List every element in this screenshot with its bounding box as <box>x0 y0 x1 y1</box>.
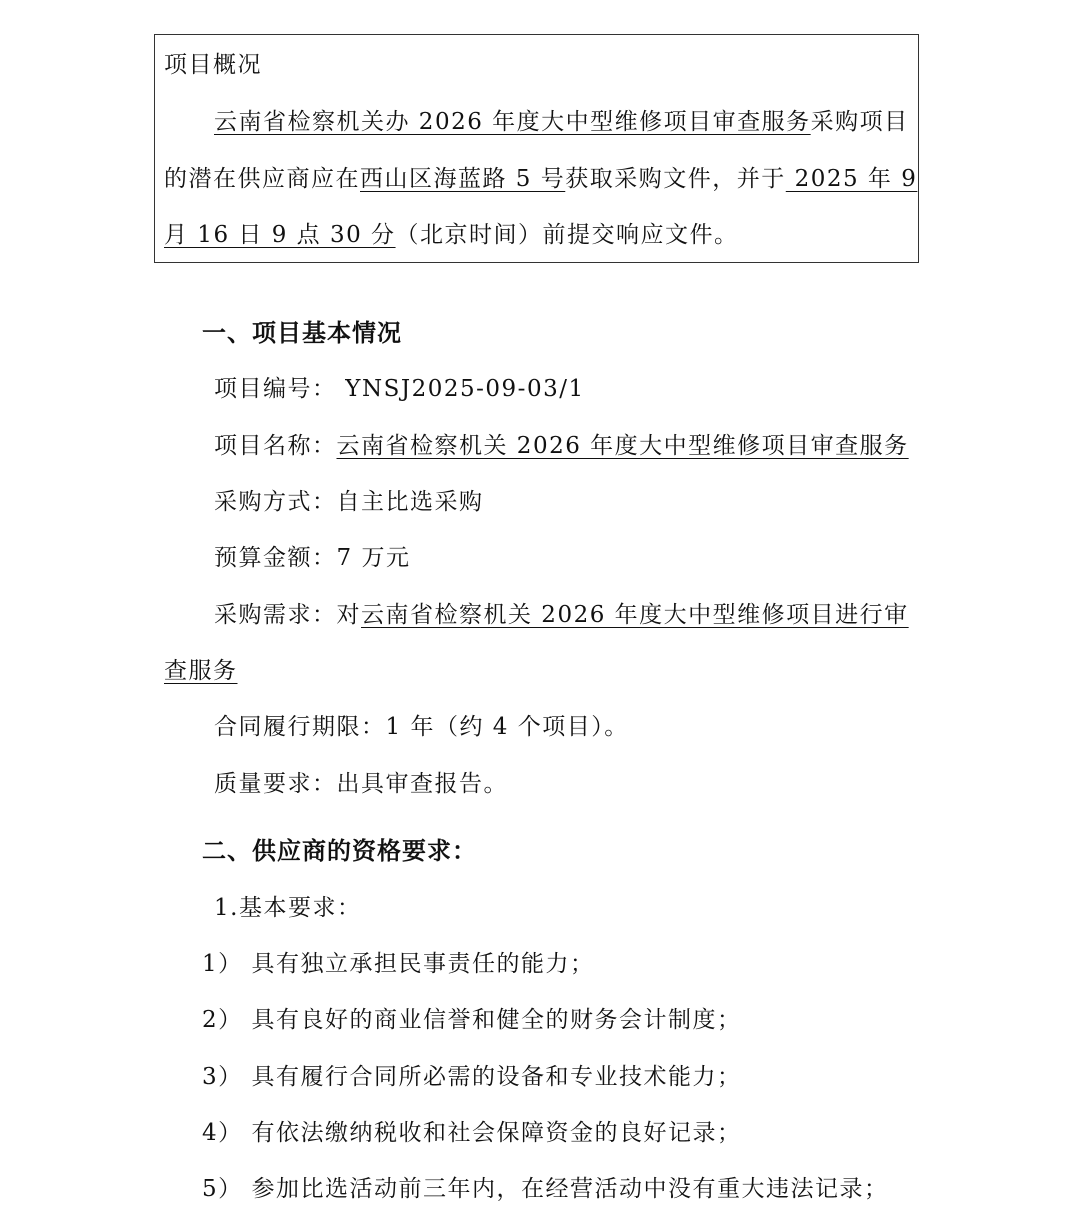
contract-term-row: 合同履行期限：1 年（约 4 个项目）。 <box>214 712 629 742</box>
quality-label: 质量要求： <box>214 771 337 797</box>
requirement-value: 云南省检察机关 2026 年度大中型维修项目进行审 <box>361 602 909 628</box>
deadline-date-part1: 2025 年 9 <box>786 166 918 192</box>
project-name-label: 项目名称： <box>214 433 337 459</box>
overview-line-3: 月 16 日 9 点 30 分（北京时间）前提交响应文件。 <box>164 220 739 250</box>
quality-row: 质量要求：出具审查报告。 <box>214 769 508 799</box>
contract-term-label: 合同履行期限： <box>214 714 386 740</box>
requirement-prefix: 对 <box>337 602 362 628</box>
project-title-underlined: 云南省检察机关办 2026 年度大中型维修项目审查服务 <box>214 109 811 135</box>
budget-value: 7 万元 <box>337 545 411 571</box>
qualification-item-1: 1） 具有独立承担民事责任的能力； <box>202 949 594 979</box>
overview-title: 项目概况 <box>164 50 262 80</box>
section-1-heading: 一、项目基本情况 <box>202 318 402 348</box>
qualification-item-2: 2） 具有良好的商业信誉和健全的财务会计制度； <box>202 1005 741 1035</box>
project-name-row: 项目名称：云南省检察机关 2026 年度大中型维修项目审查服务 <box>214 431 909 461</box>
pickup-address: 西山区海蓝路 5 号 <box>360 166 565 192</box>
requirement-row-cont: 查服务 <box>164 656 238 686</box>
overview-line-3-tail: （北京时间）前提交响应文件。 <box>396 222 739 248</box>
budget-row: 预算金额：7 万元 <box>214 543 410 573</box>
quality-value: 出具审查报告。 <box>337 771 509 797</box>
qualification-item-5: 5） 参加比选活动前三年内，在经营活动中没有重大违法记录； <box>202 1174 888 1204</box>
qualification-item-4: 4） 有依法缴纳税收和社会保障资金的良好记录； <box>202 1118 741 1148</box>
section-2-heading: 二、供应商的资格要求： <box>202 836 477 866</box>
requirement-value-cont: 查服务 <box>164 658 238 684</box>
overview-line-2-text: 的潜在供应商应在 <box>164 166 360 192</box>
requirement-label: 采购需求： <box>214 602 337 628</box>
procurement-method-label: 采购方式： <box>214 489 337 515</box>
procurement-method-value: 自主比选采购 <box>337 489 484 515</box>
qualification-item-3: 3） 具有履行合同所必需的设备和专业技术能力； <box>202 1062 741 1092</box>
contract-term-value: 1 年（约 4 个项目）。 <box>386 714 629 740</box>
deadline-date-part2: 月 16 日 9 点 30 分 <box>164 222 396 248</box>
budget-label: 预算金额： <box>214 545 337 571</box>
overview-line-2-text-2: 获取采购文件，并于 <box>565 166 786 192</box>
project-name-value: 云南省检察机关 2026 年度大中型维修项目审查服务 <box>337 433 909 459</box>
basic-requirements-subheading: 1.基本要求： <box>214 893 361 923</box>
overview-line-1-tail: 采购项目 <box>811 109 909 135</box>
overview-line-2: 的潜在供应商应在西山区海蓝路 5 号获取采购文件，并于 2025 年 9 <box>164 164 917 194</box>
procurement-method-row: 采购方式：自主比选采购 <box>214 487 484 517</box>
project-number-row: 项目编号： YNSJ2025-09-03/1 <box>214 374 585 404</box>
project-number-label: 项目编号： <box>214 376 337 402</box>
requirement-row: 采购需求：对云南省检察机关 2026 年度大中型维修项目进行审 <box>214 600 909 630</box>
overview-line-1: 云南省检察机关办 2026 年度大中型维修项目审查服务采购项目 <box>214 107 909 137</box>
project-number-value: YNSJ2025-09-03/1 <box>337 376 585 402</box>
